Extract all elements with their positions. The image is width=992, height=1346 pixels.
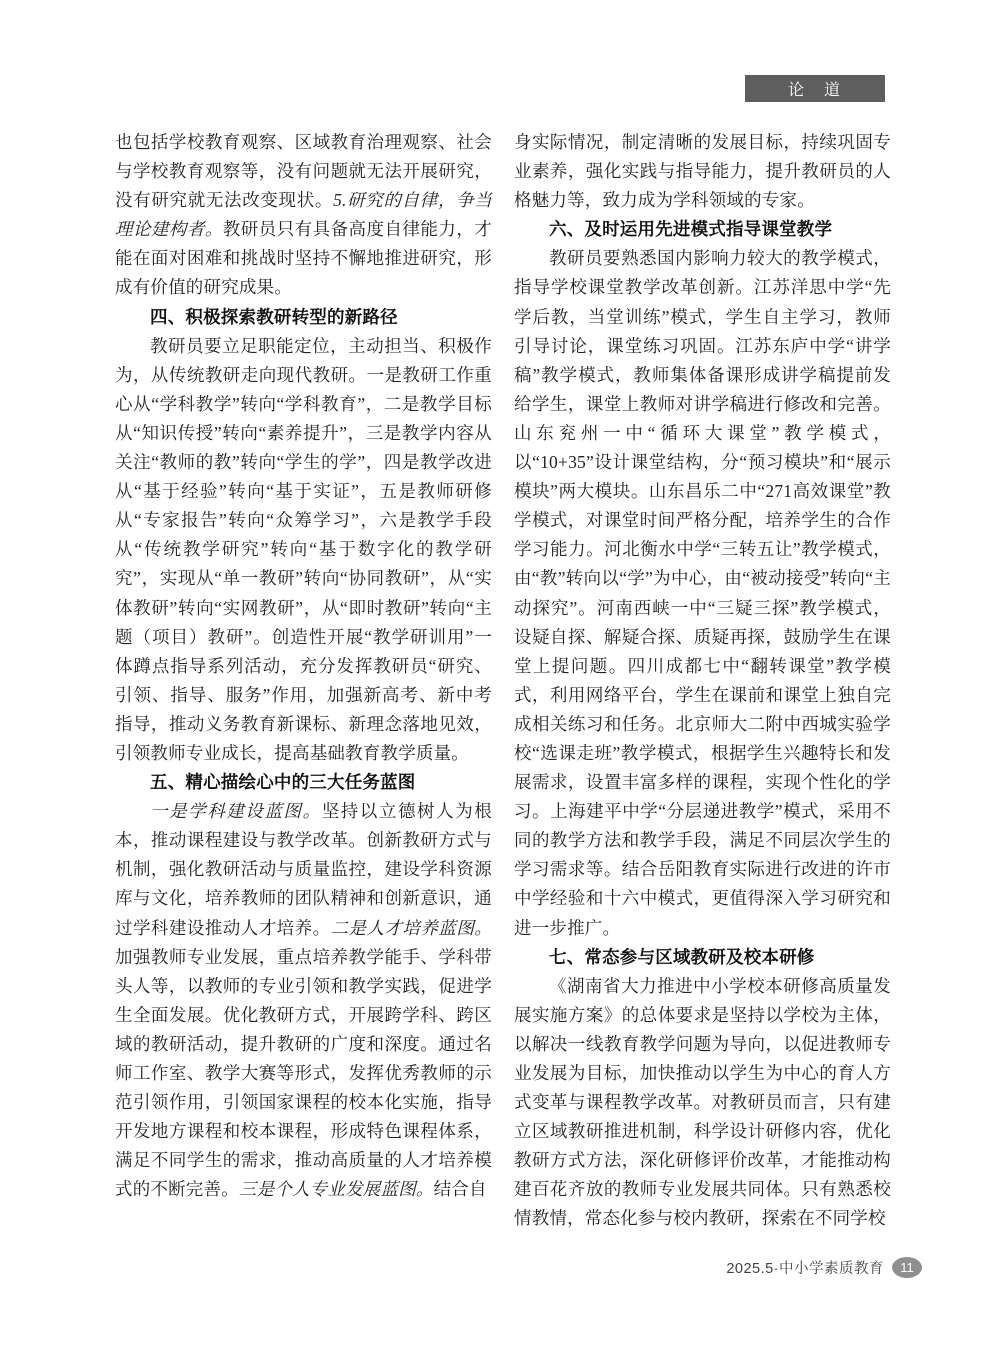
- body-text: 《湖南省大力推进中小学校本研修高质量发展实施方案》的总体要求是坚持以学校为主体，…: [514, 976, 891, 1229]
- body-text: 身实际情况，制定清晰的发展目标，持续巩固专业素养，强化实践与指导能力，提升教研员…: [514, 132, 891, 210]
- emphasis-text: 三是个人专业发展蓝图。: [239, 1179, 434, 1199]
- section-heading: 五、精心描绘心中的三大任务蓝图: [115, 768, 492, 797]
- section-tag: 论 道: [745, 75, 885, 102]
- body-paragraph: 一是学科建设蓝图。坚持以立德树人为根本，推动课程建设与教学改革。创新教研方式与机…: [115, 797, 492, 1204]
- left-column: 也包括学校教育观察、区域教育治理观察、社会与学校教育观察等，没有问题就无法开展研…: [115, 128, 492, 1234]
- body-text: 教研员要立足职能定位，主动担当、积极作为，从传统教研走向现代教研。一是教研工作重…: [115, 336, 492, 763]
- emphasis-text: 一是学科建设蓝图。: [150, 801, 322, 821]
- page-number-badge: 11: [892, 1257, 922, 1278]
- journal-issue: 2025.5·中小学素质教育: [726, 1257, 884, 1278]
- emphasis-text: 二是人才培养蓝图。: [331, 918, 492, 938]
- section-heading: 四、积极探索教研转型的新路径: [115, 303, 492, 332]
- section-heading: 六、及时运用先进模式指导课堂教学: [514, 215, 891, 244]
- body-paragraph: 《湖南省大力推进中小学校本研修高质量发展实施方案》的总体要求是坚持以学校为主体，…: [514, 972, 891, 1234]
- journal-page: 论 道 也包括学校教育观察、区域教育治理观察、社会与学校教育观察等，没有问题就无…: [0, 0, 992, 1346]
- body-text: 加强教师专业发展，重点培养教学能手、学科带头人等，以教师的专业引领和教学实践，促…: [115, 947, 492, 1200]
- section-tag-label: 论 道: [788, 77, 842, 100]
- body-text: 结合自: [434, 1179, 487, 1199]
- page-footer: 2025.5·中小学素质教育 11: [726, 1257, 922, 1278]
- section-heading: 七、常态参与区域教研及校本研修: [514, 943, 891, 972]
- body-paragraph: 身实际情况，制定清晰的发展目标，持续巩固专业素养，强化实践与指导能力，提升教研员…: [514, 128, 891, 215]
- right-column: 身实际情况，制定清晰的发展目标，持续巩固专业素养，强化实践与指导能力，提升教研员…: [514, 128, 891, 1234]
- body-text: 教研员要熟悉国内影响力较大的教学模式，指导学校课堂教学改革创新。江苏洋思中学“先…: [514, 248, 891, 937]
- body-paragraph: 教研员要立足职能定位，主动担当、积极作为，从传统教研走向现代教研。一是教研工作重…: [115, 332, 492, 768]
- body-paragraph: 教研员要熟悉国内影响力较大的教学模式，指导学校课堂教学改革创新。江苏洋思中学“先…: [514, 244, 891, 942]
- body-paragraph: 也包括学校教育观察、区域教育治理观察、社会与学校教育观察等，没有问题就无法开展研…: [115, 128, 492, 303]
- article-columns: 也包括学校教育观察、区域教育治理观察、社会与学校教育观察等，没有问题就无法开展研…: [115, 128, 891, 1234]
